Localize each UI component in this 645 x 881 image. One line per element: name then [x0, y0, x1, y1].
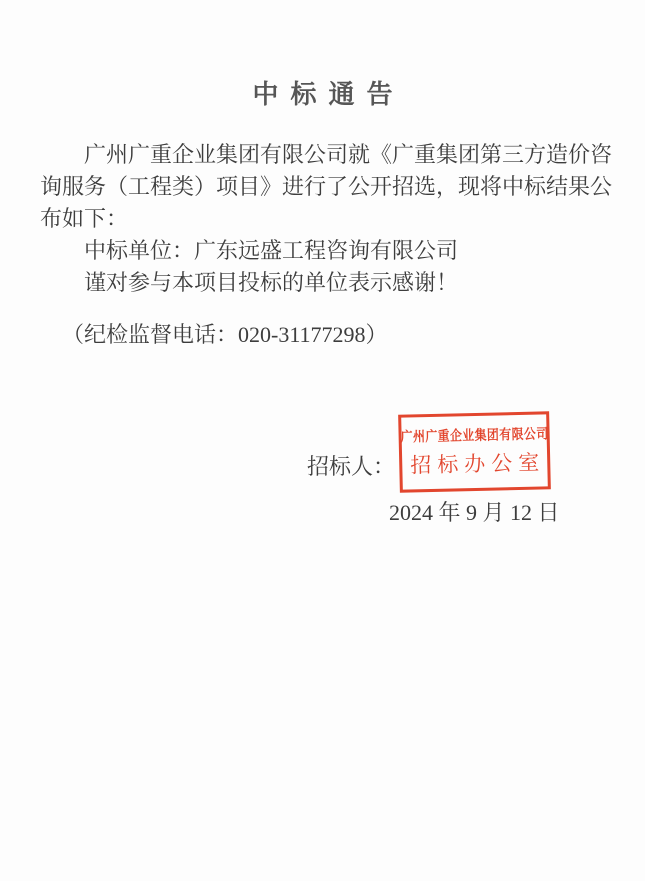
- thanks-line: 谨对参与本项目投标的单位表示感谢！: [40, 267, 618, 299]
- intro-line: 询服务（工程类）项目》进行了公开招选，现将中标结果公: [40, 171, 618, 203]
- stamp-office-line: 招标办公室: [404, 447, 546, 480]
- date-line: 2024 年 9 月 12 日: [389, 497, 560, 529]
- bidder-label: 招标人：: [307, 451, 395, 483]
- stamp-company-line: 广州广重企业集团有限公司: [400, 423, 548, 446]
- page-title: 中标通告: [0, 79, 645, 109]
- document-page: 中标通告 广州广重企业集团有限公司就《广重集团第三方造价咨 询服务（工程类）项目…: [0, 0, 645, 881]
- intro-line: 布如下：: [40, 203, 618, 235]
- winner-line: 中标单位：广东远盛工程咨询有限公司: [40, 235, 618, 267]
- notice-body: 广州广重企业集团有限公司就《广重集团第三方造价咨 询服务（工程类）项目》进行了公…: [40, 139, 618, 299]
- supervision-phone-line: （纪检监督电话：020-31177298）: [40, 319, 618, 351]
- intro-line: 广州广重企业集团有限公司就《广重集团第三方造价咨: [40, 139, 618, 171]
- official-stamp: 广州广重企业集团有限公司 招标办公室: [398, 411, 551, 492]
